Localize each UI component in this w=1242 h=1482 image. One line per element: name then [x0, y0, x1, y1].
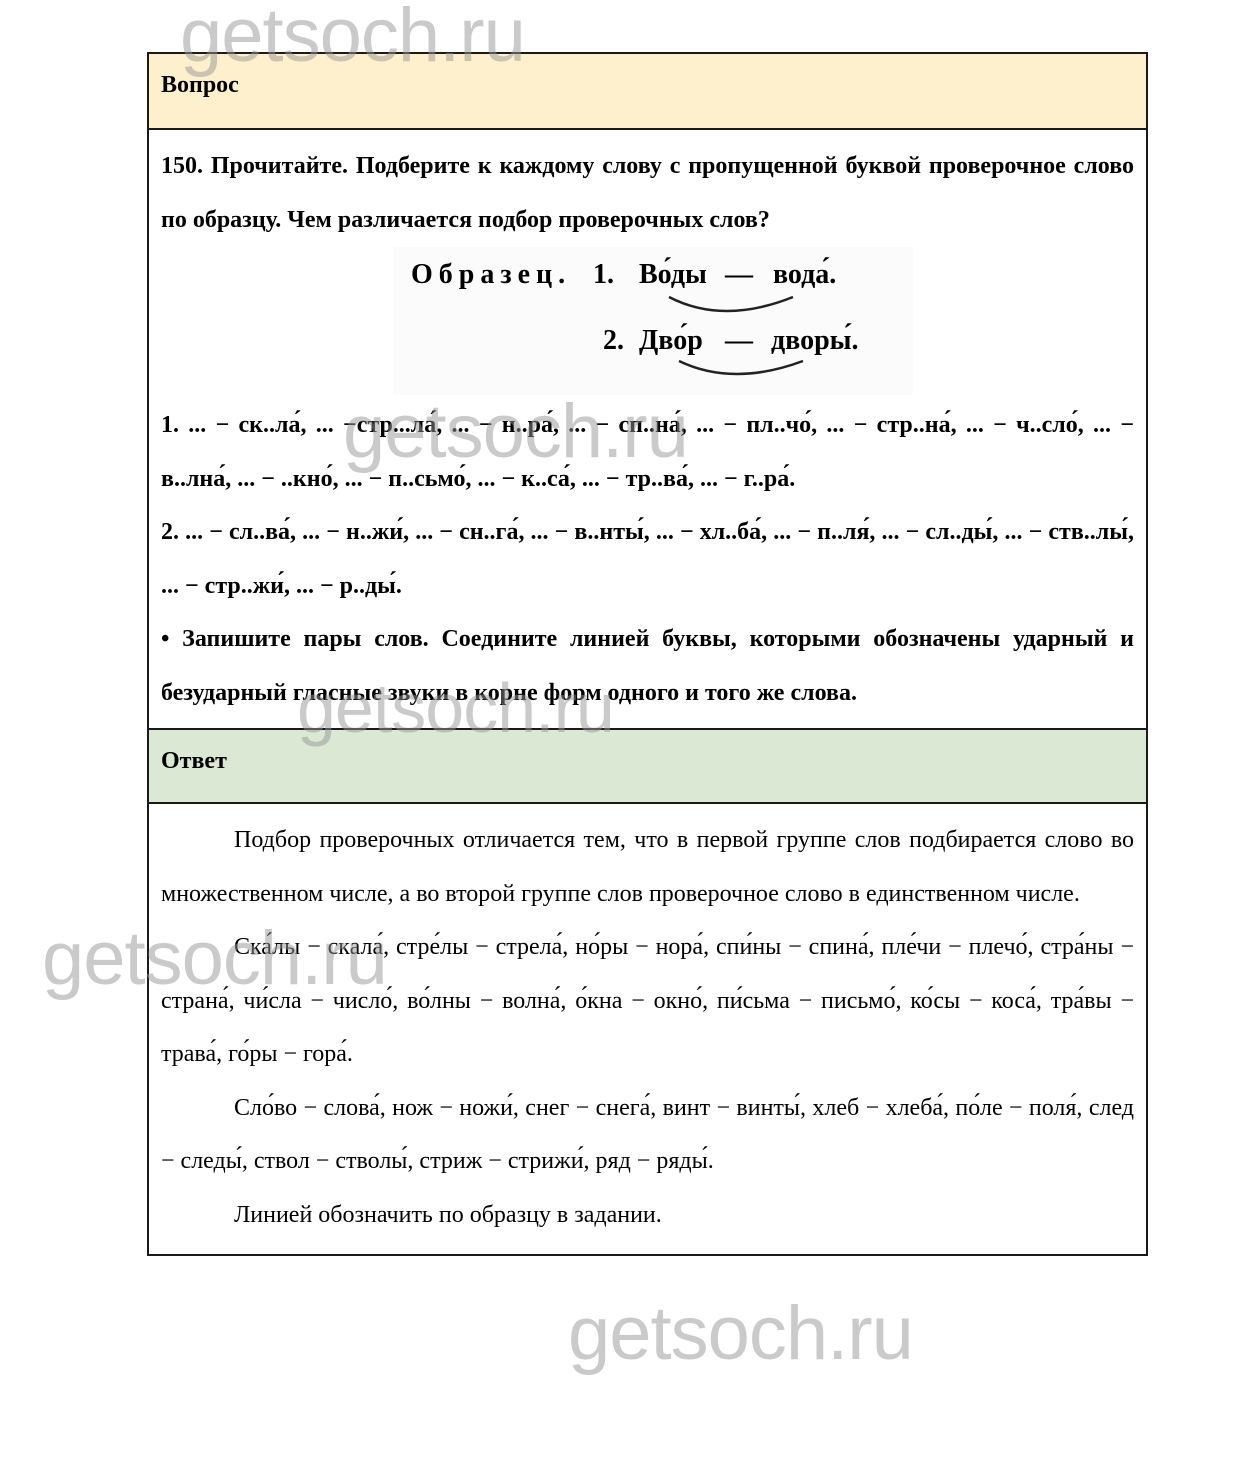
sample-2-dash: —	[724, 325, 754, 356]
sample-2-test: дворы́.	[771, 325, 859, 356]
word-group-2: 2. ... − сл..ва́, ... − н..жи́, ... − сн…	[161, 506, 1134, 613]
task-text: 150. Прочитайте. Подберите к каждому сло…	[161, 140, 1134, 247]
sample-1-test: вода́.	[773, 259, 836, 290]
qa-sheet: Вопрос 150. Прочитайте. Подберите к кажд…	[147, 52, 1148, 1256]
answer-header-label: Ответ	[161, 748, 227, 774]
question-header-label: Вопрос	[161, 72, 239, 98]
answer-header: Ответ	[149, 728, 1146, 804]
sample-label: Образец.	[411, 259, 571, 290]
sample-2-word: Дво́р	[639, 325, 703, 356]
sample-1-word: Во́ды	[639, 259, 707, 290]
watermark-bottom: getsoch.ru	[568, 1290, 913, 1377]
question-body: 150. Прочитайте. Подберите к каждому сло…	[149, 130, 1146, 730]
sample-1-number: 1.	[593, 259, 614, 290]
answer-paragraph-group2: Сло́во − слова́, нож − ножи́, снег − сне…	[161, 1082, 1134, 1189]
answer-paragraph-group1: Ска́лы − скала́, стре́лы − стрела́, но́р…	[161, 921, 1134, 1082]
sample-2-number: 2.	[603, 325, 624, 356]
answer-paragraph-explanation: Подбор проверочных отличается тем, что в…	[161, 814, 1134, 921]
question-header: Вопрос	[149, 54, 1146, 130]
instruction-text: • Запишите пары слов. Соедините линией б…	[161, 613, 1134, 720]
sample-image: Образец. 1. Во́ды — вода́. 2. Дво́р — дв…	[393, 247, 913, 395]
word-group-1: 1. ... − ск..ла́, ... −стр...ла́, ... − …	[161, 399, 1134, 506]
sample-figure: Образец. 1. Во́ды — вода́. 2. Дво́р — дв…	[161, 247, 1134, 395]
answer-paragraph-note: Линией обозначить по образцу в задании.	[161, 1189, 1134, 1243]
answer-body: Подбор проверочных отличается тем, что в…	[149, 804, 1146, 1254]
sample-1-dash: —	[724, 259, 754, 290]
